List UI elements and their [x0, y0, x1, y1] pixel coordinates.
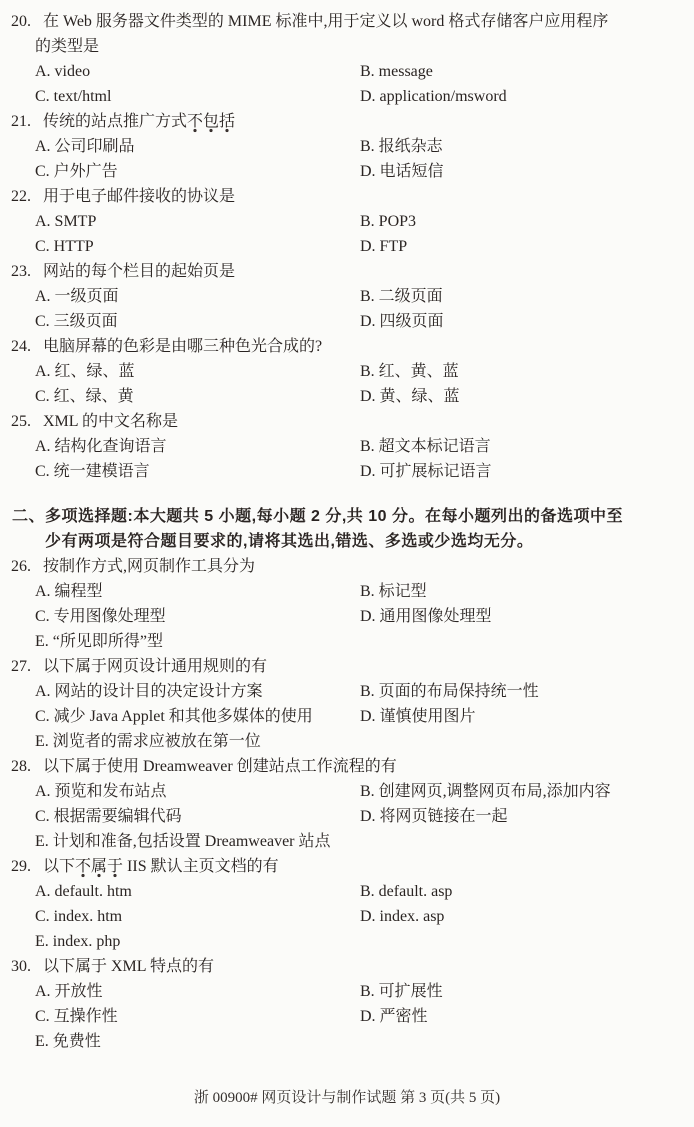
- option-b: B. 报纸杂志: [360, 134, 694, 159]
- option-c: C. index. htm: [35, 904, 360, 929]
- option-d: D. 黄、绿、蓝: [360, 384, 694, 409]
- option-c: C. 减少 Java Applet 和其他多媒体的使用: [35, 704, 360, 729]
- option-b: B. default. asp: [360, 879, 694, 904]
- question-21: 21.传统的站点推广方式不包括 A. 公司印刷品 B. 报纸杂志 C. 户外广告…: [0, 109, 694, 184]
- option-a: A. 一级页面: [35, 284, 360, 309]
- option-c: C. 三级页面: [35, 309, 360, 334]
- option-c: C. HTTP: [35, 234, 360, 259]
- option-e: E. 计划和准备,包括设置 Dreamweaver 站点: [35, 829, 360, 854]
- option-a: A. 结构化查询语言: [35, 434, 360, 459]
- option-a: A. SMTP: [35, 209, 360, 234]
- option-c: C. 专用图像处理型: [35, 604, 360, 629]
- section2-header-line2: 少有两项是符合题目要求的,请将其选出,错选、多选或少选均无分。: [0, 529, 694, 554]
- question-number: 30.: [11, 954, 43, 979]
- section2-header-line1: 二、多项选择题:本大题共 5 小题,每小题 2 分,共 10 分。在每小题列出的…: [0, 504, 694, 529]
- question-28: 28.以下属于使用 Dreamweaver 创建站点工作流程的有 A. 预览和发…: [0, 754, 694, 854]
- question-text-line1: XML 的中文名称是: [43, 413, 178, 430]
- option-b: B. 超文本标记语言: [360, 434, 694, 459]
- option-d: D. 可扩展标记语言: [360, 459, 694, 484]
- option-b: B. 创建网页,调整网页布局,添加内容: [360, 779, 694, 804]
- question-text-post: IIS 默认主页文档的有: [123, 858, 279, 875]
- question-text-line1: 按制作方式,网页制作工具分为: [43, 558, 255, 575]
- question-text-emphasized: 不包括: [187, 113, 235, 130]
- question-text-line1: 电脑屏幕的色彩是由哪三种色光合成的?: [43, 338, 322, 355]
- option-a: A. 编程型: [35, 579, 360, 604]
- question-text: 24.电脑屏幕的色彩是由哪三种色光合成的?: [0, 334, 694, 359]
- question-text-line1: 以下属于网页设计通用规则的有: [43, 658, 267, 675]
- question-29: 29.以下不属于 IIS 默认主页文档的有 A. default. htm B.…: [0, 854, 694, 954]
- option-b: B. 可扩展性: [360, 979, 694, 1004]
- question-number: 24.: [11, 334, 43, 359]
- option-c: C. 统一建模语言: [35, 459, 360, 484]
- question-27: 27.以下属于网页设计通用规则的有 A. 网站的设计目的决定设计方案 B. 页面…: [0, 654, 694, 754]
- option-d: D. 将网页链接在一起: [360, 804, 694, 829]
- option-a: A. 预览和发布站点: [35, 779, 360, 804]
- option-b: B. 红、黄、蓝: [360, 359, 694, 384]
- question-text: 20.在 Web 服务器文件类型的 MIME 标准中,用于定义以 word 格式…: [0, 9, 694, 34]
- option-a: A. video: [35, 59, 360, 84]
- options: A. video B. message C. text/html D. appl…: [0, 59, 694, 109]
- question-text: 30.以下属于 XML 特点的有: [0, 954, 694, 979]
- options: A. default. htm B. default. asp C. index…: [0, 879, 694, 954]
- question-text-line1: 在 Web 服务器文件类型的 MIME 标准中,用于定义以 word 格式存储客…: [43, 13, 608, 30]
- question-text-pre: 传统的站点推广方式: [43, 113, 187, 130]
- option-e: E. “所见即所得”型: [35, 629, 360, 654]
- option-b: B. message: [360, 59, 694, 84]
- option-c: C. 户外广告: [35, 159, 360, 184]
- question-text-line1: 以下属于使用 Dreamweaver 创建站点工作流程的有: [43, 758, 397, 775]
- question-text-line2: 的类型是: [0, 34, 694, 59]
- question-number: 21.: [11, 109, 43, 134]
- option-d: D. 通用图像处理型: [360, 604, 694, 629]
- option-e: E. 免费性: [35, 1029, 360, 1054]
- question-number: 27.: [11, 654, 43, 679]
- option-a: A. default. htm: [35, 879, 360, 904]
- option-d: D. application/msword: [360, 84, 694, 109]
- question-number: 29.: [11, 854, 43, 879]
- option-d: D. 电话短信: [360, 159, 694, 184]
- question-text: 28.以下属于使用 Dreamweaver 创建站点工作流程的有: [0, 754, 694, 779]
- option-b: B. 标记型: [360, 579, 694, 604]
- question-text: 21.传统的站点推广方式不包括: [0, 109, 694, 134]
- question-text: 26.按制作方式,网页制作工具分为: [0, 554, 694, 579]
- question-text: 27.以下属于网页设计通用规则的有: [0, 654, 694, 679]
- option-a: A. 开放性: [35, 979, 360, 1004]
- option-a: A. 公司印刷品: [35, 134, 360, 159]
- option-d: D. 严密性: [360, 1004, 694, 1029]
- question-number: 25.: [11, 409, 43, 434]
- options: A. 红、绿、蓝 B. 红、黄、蓝 C. 红、绿、黄 D. 黄、绿、蓝: [0, 359, 694, 409]
- options: A. 开放性 B. 可扩展性 C. 互操作性 D. 严密性 E. 免费性: [0, 979, 694, 1054]
- question-number: 23.: [11, 259, 43, 284]
- option-b: B. POP3: [360, 209, 694, 234]
- question-text: 22.用于电子邮件接收的协议是: [0, 184, 694, 209]
- question-text: 23.网站的每个栏目的起始页是: [0, 259, 694, 284]
- option-c: C. text/html: [35, 84, 360, 109]
- option-b: B. 页面的布局保持统一性: [360, 679, 694, 704]
- option-d: D. 谨慎使用图片: [360, 704, 694, 729]
- question-text-pre: 以下: [43, 858, 75, 875]
- option-c: C. 红、绿、黄: [35, 384, 360, 409]
- option-a: A. 红、绿、蓝: [35, 359, 360, 384]
- option-d: D. index. asp: [360, 904, 694, 929]
- question-25: 25.XML 的中文名称是 A. 结构化查询语言 B. 超文本标记语言 C. 统…: [0, 409, 694, 484]
- options: A. 编程型 B. 标记型 C. 专用图像处理型 D. 通用图像处理型 E. “…: [0, 579, 694, 654]
- question-text: 29.以下不属于 IIS 默认主页文档的有: [0, 854, 694, 879]
- option-c: C. 互操作性: [35, 1004, 360, 1029]
- option-a: A. 网站的设计目的决定设计方案: [35, 679, 360, 704]
- option-d: D. FTP: [360, 234, 694, 259]
- question-number: 26.: [11, 554, 43, 579]
- question-number: 28.: [11, 754, 43, 779]
- question-text-line1: 用于电子邮件接收的协议是: [43, 188, 235, 205]
- question-24: 24.电脑屏幕的色彩是由哪三种色光合成的? A. 红、绿、蓝 B. 红、黄、蓝 …: [0, 334, 694, 409]
- question-20: 20.在 Web 服务器文件类型的 MIME 标准中,用于定义以 word 格式…: [0, 9, 694, 109]
- page-footer: 浙 00900# 网页设计与制作试题 第 3 页(共 5 页): [0, 1086, 694, 1107]
- question-text-line1: 网站的每个栏目的起始页是: [43, 263, 235, 280]
- option-c: C. 根据需要编辑代码: [35, 804, 360, 829]
- question-number: 20.: [11, 9, 43, 34]
- options: A. 预览和发布站点 B. 创建网页,调整网页布局,添加内容 C. 根据需要编辑…: [0, 779, 694, 854]
- section2-header: 二、多项选择题:本大题共 5 小题,每小题 2 分,共 10 分。在每小题列出的…: [0, 504, 694, 554]
- options: A. SMTP B. POP3 C. HTTP D. FTP: [0, 209, 694, 259]
- question-30: 30.以下属于 XML 特点的有 A. 开放性 B. 可扩展性 C. 互操作性 …: [0, 954, 694, 1054]
- option-e: E. 浏览者的需求应被放在第一位: [35, 729, 360, 754]
- option-e: E. index. php: [35, 929, 360, 954]
- options: A. 结构化查询语言 B. 超文本标记语言 C. 统一建模语言 D. 可扩展标记…: [0, 434, 694, 484]
- options: A. 网站的设计目的决定设计方案 B. 页面的布局保持统一性 C. 减少 Jav…: [0, 679, 694, 754]
- question-26: 26.按制作方式,网页制作工具分为 A. 编程型 B. 标记型 C. 专用图像处…: [0, 554, 694, 654]
- question-text: 25.XML 的中文名称是: [0, 409, 694, 434]
- options: A. 公司印刷品 B. 报纸杂志 C. 户外广告 D. 电话短信: [0, 134, 694, 184]
- option-d: D. 四级页面: [360, 309, 694, 334]
- options: A. 一级页面 B. 二级页面 C. 三级页面 D. 四级页面: [0, 284, 694, 334]
- question-number: 22.: [11, 184, 43, 209]
- question-22: 22.用于电子邮件接收的协议是 A. SMTP B. POP3 C. HTTP …: [0, 184, 694, 259]
- option-b: B. 二级页面: [360, 284, 694, 309]
- question-23: 23.网站的每个栏目的起始页是 A. 一级页面 B. 二级页面 C. 三级页面 …: [0, 259, 694, 334]
- question-text-line1: 以下属于 XML 特点的有: [43, 958, 214, 975]
- question-text-emphasized: 不属于: [75, 858, 123, 875]
- exam-page: 20.在 Web 服务器文件类型的 MIME 标准中,用于定义以 word 格式…: [0, 0, 694, 1127]
